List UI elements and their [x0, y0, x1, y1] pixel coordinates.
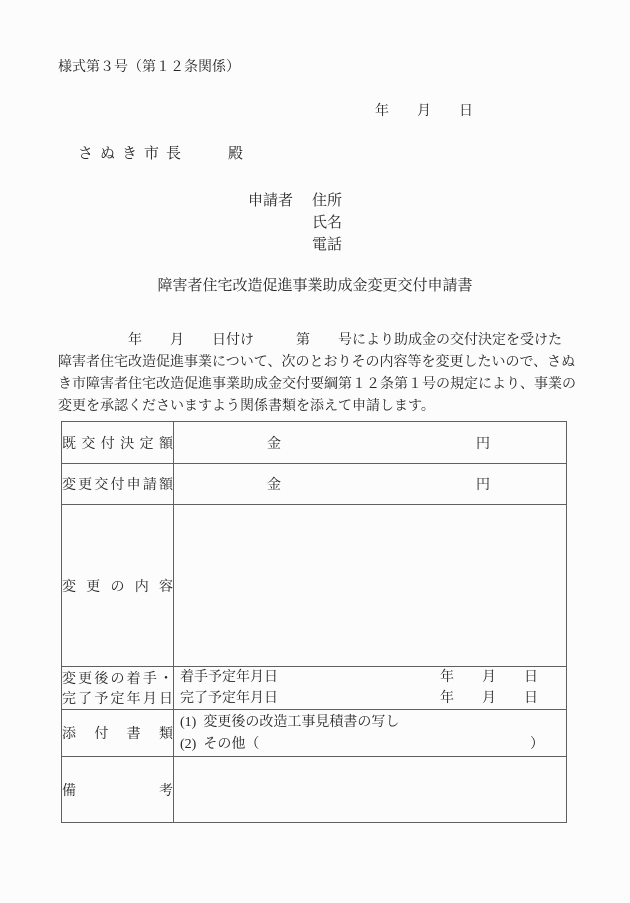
approved-amount-label-cell: 既交付決定額: [62, 422, 174, 464]
approved-amount-label: 既交付決定額: [62, 433, 173, 453]
amount-suffix: 円: [476, 474, 490, 494]
start-date-label: 着手予定年月日: [180, 667, 278, 688]
table-row-schedule: 変更後の着手・ 完了予定年月日 着手予定年月日 年 月 日 完了予定年月日 年 …: [62, 667, 567, 710]
date-line: 年 月 日: [58, 104, 572, 120]
schedule-label-line1: 変更後の着手・: [62, 668, 173, 688]
document-title: 障害者住宅改造促進事業助成金変更交付申請書: [58, 276, 572, 297]
applicant-fields: 住所 氏名 電話: [312, 190, 342, 256]
application-form-page: 様式第３号（第１２条関係） 年 月 日 さぬき市長殿 申請者 住所 氏名 電話 …: [0, 0, 630, 903]
schedule-label-cell: 変更後の着手・ 完了予定年月日: [62, 667, 174, 710]
applicant-phone-label: 電話: [312, 234, 342, 256]
attachment-item-1: (1) 変更後の改造工事見積書の写し: [174, 710, 566, 734]
attachments-label-cell: 添付書類: [62, 710, 174, 757]
change-details-label-cell: 変更の内容: [62, 505, 174, 667]
amount-suffix: 円: [476, 433, 490, 453]
paragraph-line: 変更を承認くださいますよう関係書類を添えて申請します。: [58, 396, 578, 418]
addressee: さぬき市長: [78, 146, 188, 162]
amount-prefix: 金: [267, 433, 281, 453]
schedule-value-cell: 着手予定年月日 年 月 日 完了予定年月日 年 月 日: [174, 667, 567, 710]
paragraph-line: 障害者住宅改造促進事業について、次のとおりその内容等を変更したいので、さぬ: [58, 352, 578, 374]
table-row-approved-amount: 既交付決定額 金 円: [62, 422, 567, 464]
remarks-input-area: [174, 757, 567, 823]
form-table: 既交付決定額 金 円 変更交付申請額 金 円 変更の内容: [61, 421, 567, 823]
remarks-label: 備考: [62, 780, 173, 800]
paragraph-line: き市障害者住宅改造促進事業助成金交付要綱第１２条第１号の規定により、事業の: [58, 374, 578, 396]
addressee-honorific: 殿: [228, 146, 243, 162]
end-date-label: 完了予定年月日: [180, 688, 278, 709]
start-date-fields: 年 月 日: [440, 667, 538, 688]
change-details-input-area: [174, 505, 567, 667]
attachment-item-2-close-paren: ）: [530, 734, 544, 756]
approved-amount-value-cell: 金 円: [174, 422, 567, 464]
change-details-label: 変更の内容: [62, 576, 173, 596]
requested-amount-label: 変更交付申請額: [62, 474, 173, 494]
attachment-item-2-text: (2) その他（: [180, 734, 259, 756]
attachments-label: 添付書類: [62, 723, 173, 743]
body-paragraph: 年 月 日付け 第 号により助成金の交付決定を受けた 障害者住宅改造促進事業につ…: [58, 330, 578, 418]
applicant-label: 申請者: [248, 190, 293, 256]
schedule-label-line2: 完了予定年月日: [62, 688, 173, 708]
amount-prefix: 金: [267, 474, 281, 494]
applicant-block: 申請者 住所 氏名 電話: [58, 190, 572, 256]
table-row-remarks: 備考: [62, 757, 567, 823]
requested-amount-value-cell: 金 円: [174, 464, 567, 505]
attachments-value-cell: (1) 変更後の改造工事見積書の写し (2) その他（ ）: [174, 710, 567, 757]
paragraph-line: 年 月 日付け 第 号により助成金の交付決定を受けた: [58, 330, 578, 352]
table-row-requested-amount: 変更交付申請額 金 円: [62, 464, 567, 505]
applicant-name-label: 氏名: [312, 212, 342, 234]
applicant-address-label: 住所: [312, 190, 342, 212]
requested-amount-label-cell: 変更交付申請額: [62, 464, 174, 505]
table-row-attachments: 添付書類 (1) 変更後の改造工事見積書の写し (2) その他（ ）: [62, 710, 567, 757]
table-row-change-details: 変更の内容: [62, 505, 567, 667]
form-number: 様式第３号（第１２条関係）: [58, 0, 572, 76]
addressee-line: さぬき市長殿: [58, 146, 572, 163]
end-date-fields: 年 月 日: [440, 688, 538, 709]
attachment-item-2: (2) その他（ ）: [174, 734, 566, 756]
remarks-label-cell: 備考: [62, 757, 174, 823]
